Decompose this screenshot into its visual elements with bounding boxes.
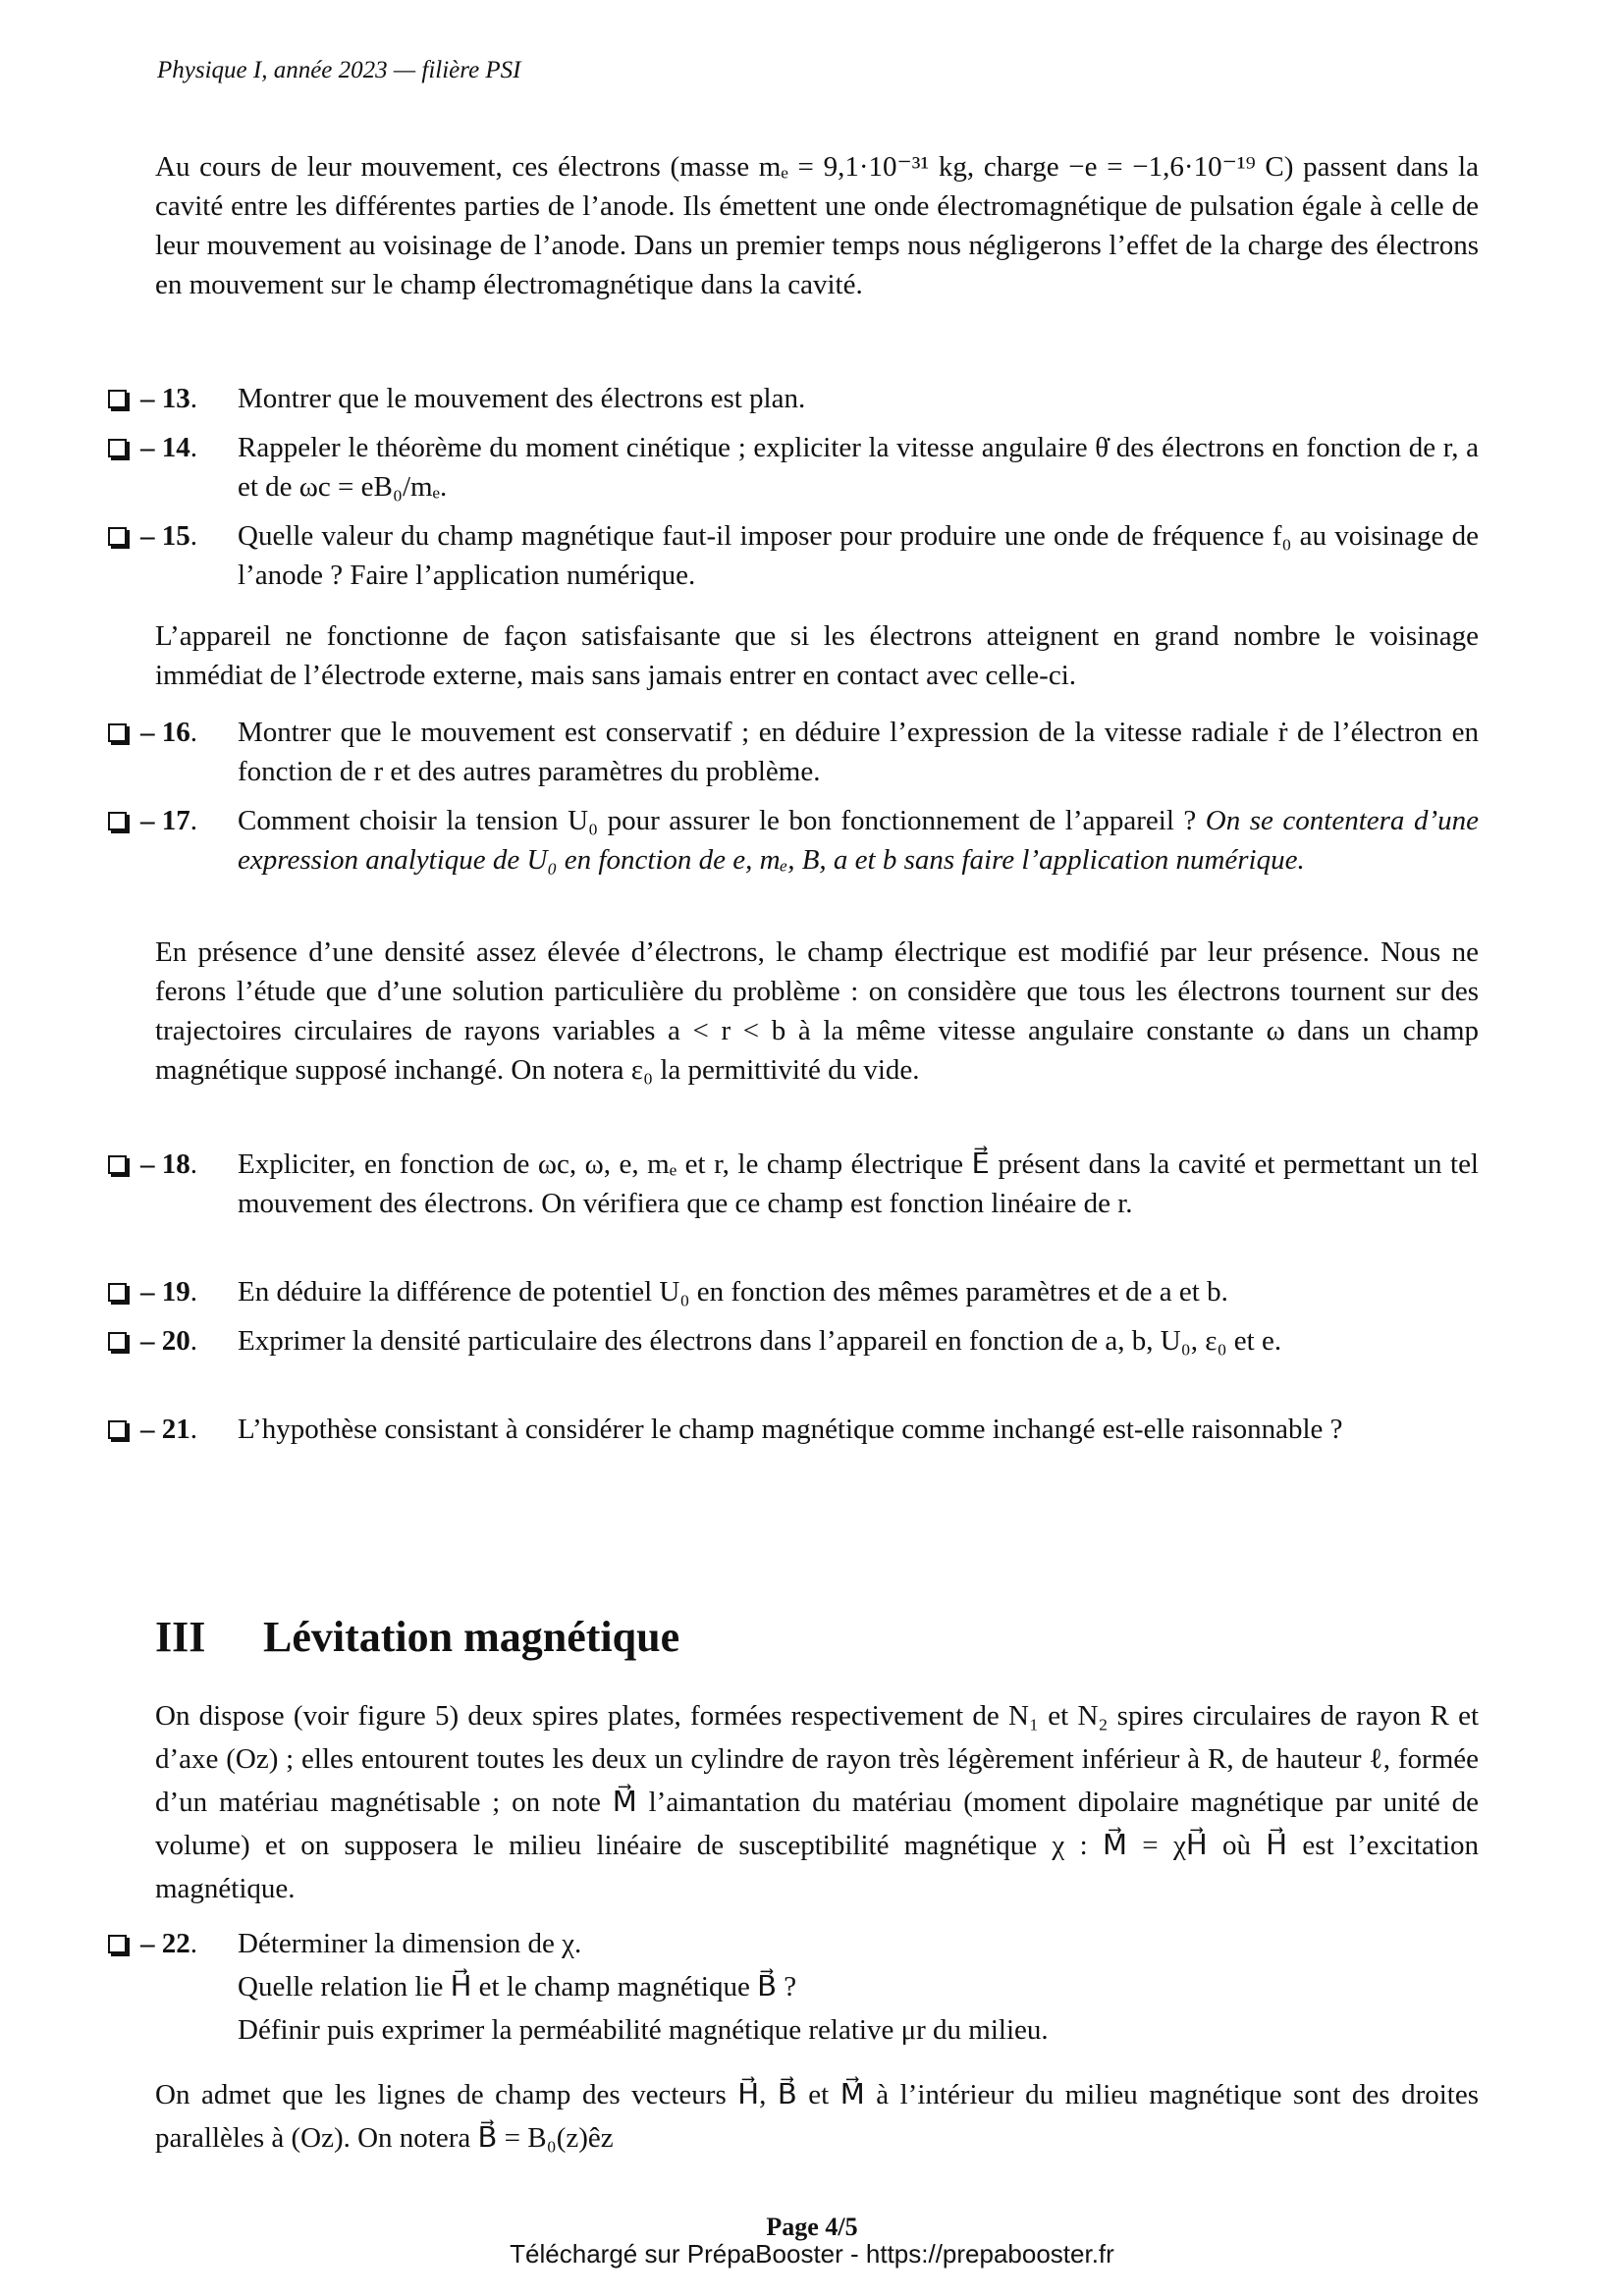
question-text: Montrer que le mouvement des électrons e…: [238, 379, 1479, 418]
checkbox-icon: [108, 439, 127, 457]
checkbox-icon: [108, 1420, 127, 1439]
section-title: Lévitation magnétique: [263, 1613, 679, 1661]
question-text: Exprimer la densité particulaire des éle…: [238, 1321, 1479, 1361]
paragraph-operation-condition: L’appareil ne fonctionne de façon satisf…: [155, 616, 1479, 695]
download-notice: Téléchargé sur PrépaBooster - https://pr…: [0, 2239, 1624, 2269]
question-text: Montrer que le mouvement est conservatif…: [238, 713, 1479, 791]
document-page: Physique I, année 2023 — filière PSI Au …: [0, 0, 1624, 2296]
paragraph-electron-density: En présence d’une densité assez élevée d…: [155, 933, 1479, 1090]
question-marker: – 17.: [108, 801, 197, 840]
question-text: En déduire la différence de potentiel U₀…: [238, 1272, 1479, 1311]
checkbox-icon: [108, 1332, 127, 1351]
section-heading: IIILévitation magnétique: [155, 1612, 679, 1662]
question-marker: – 20.: [108, 1321, 197, 1361]
question-21: – 21. L’hypothèse consistant à considére…: [108, 1410, 1479, 1449]
checkbox-icon: [108, 812, 127, 830]
question-19: – 19. En déduire la différence de potent…: [108, 1272, 1479, 1311]
question-marker: – 14.: [108, 428, 197, 467]
checkbox-icon: [108, 1283, 127, 1302]
question-15: – 15. Quelle valeur du champ magnétique …: [108, 516, 1479, 595]
question-16: – 16. Montrer que le mouvement est conse…: [108, 713, 1479, 791]
paragraph-levitation-setup: On dispose (voir figure 5) deux spires p…: [155, 1694, 1479, 1910]
question-13: – 13. Montrer que le mouvement des élect…: [108, 379, 1479, 418]
question-14: – 14. Rappeler le théorème du moment cin…: [108, 428, 1479, 507]
question-text: Comment choisir la tension U₀ pour assur…: [238, 801, 1479, 880]
question-text: Quelle valeur du champ magnétique faut-i…: [238, 516, 1479, 595]
question-marker: – 22.: [108, 1922, 197, 1965]
page-number: Page 4/5: [0, 2213, 1624, 2242]
checkbox-icon: [108, 723, 127, 742]
question-text: Déterminer la dimension de χ. Quelle rel…: [238, 1922, 1479, 2052]
question-20: – 20. Exprimer la densité particulaire d…: [108, 1321, 1479, 1361]
section-number: III: [155, 1612, 263, 1662]
question-18: – 18. Expliciter, en fonction de ωc, ω, …: [108, 1145, 1479, 1223]
running-head: Physique I, année 2023 — filière PSI: [157, 57, 521, 84]
question-17: – 17. Comment choisir la tension U₀ pour…: [108, 801, 1479, 880]
checkbox-icon: [108, 1935, 127, 1953]
question-22: – 22. Déterminer la dimension de χ. Quel…: [108, 1922, 1479, 2052]
question-marker: – 16.: [108, 713, 197, 752]
paragraph-field-lines: On admet que les lignes de champ des vec…: [155, 2073, 1479, 2160]
checkbox-icon: [108, 527, 127, 546]
question-text: L’hypothèse consistant à considérer le c…: [238, 1410, 1479, 1449]
paragraph-electrons-intro: Au cours de leur mouvement, ces électron…: [155, 147, 1479, 304]
question-text: Expliciter, en fonction de ωc, ω, e, mₑ …: [238, 1145, 1479, 1223]
question-marker: – 13.: [108, 379, 197, 418]
question-marker: – 21.: [108, 1410, 197, 1449]
question-marker: – 19.: [108, 1272, 197, 1311]
checkbox-icon: [108, 390, 127, 408]
checkbox-icon: [108, 1155, 127, 1174]
question-text: Rappeler le théorème du moment cinétique…: [238, 428, 1479, 507]
question-marker: – 15.: [108, 516, 197, 556]
question-marker: – 18.: [108, 1145, 197, 1184]
